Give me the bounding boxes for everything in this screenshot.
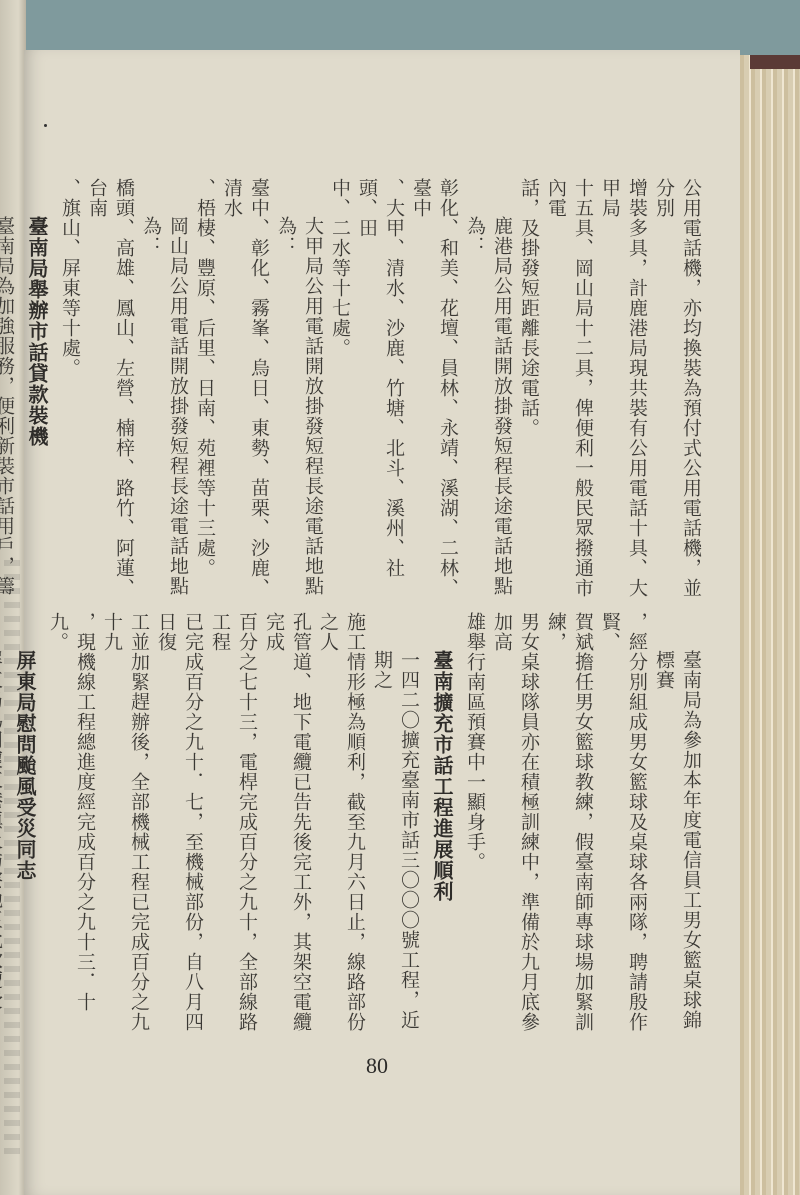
- gangshan-line: 、旗山、屏東等十處。: [56, 178, 83, 598]
- continuation-line: 十五具、岡山局十二具，俾便利一般民眾撥通市內電: [542, 178, 596, 598]
- article-line: 臺南局為參加本年度電信員工男女籃桌球錦標賽: [650, 612, 704, 1032]
- continuation-line: 話，及掛發短距離長途電話。: [515, 178, 542, 598]
- article-line: 臺南局為加強服務，便利新裝市話用戶，籌繳電: [0, 178, 17, 598]
- dajia-line: 大甲局公用電話開放掛發短程長途電話地點為：: [272, 178, 326, 598]
- bottom-half-text: 臺南局為參加本年度電信員工男女籃桌球錦標賽 ，經分別組成男女籃球及桌球各兩隊，聘…: [64, 612, 704, 1032]
- article-line: 雄舉行南區預賽中一顯身手。: [461, 612, 488, 1032]
- page-number: 80: [366, 1053, 388, 1079]
- lugang-line: 中、二水等十七處。: [326, 178, 353, 598]
- article-line: 已完成百分之九十．七，至機械部份，自八月四日復: [152, 612, 206, 1032]
- continuation-line: 公用電話機，亦均換裝為預付式公用電話機，並分別: [650, 178, 704, 598]
- background-object: [750, 55, 800, 69]
- ink-speck: [44, 124, 47, 127]
- lugang-line: 、大甲、清水、沙鹿、竹塘、北斗、溪州、社頭、田: [353, 178, 407, 598]
- dajia-line: 、梧棲、豐原、后里、日南、苑裡等十三處。: [191, 178, 218, 598]
- article-line: 男女桌球隊員亦在積極訓練中，準備於九月底參加高: [488, 612, 542, 1032]
- article-line: 屏東局為關懷東港鎮及枋寮地區此次遭受「衛歐: [0, 612, 5, 1032]
- article-line: ，現機線工程總進度經完成百分之九十三．十九。: [44, 612, 98, 1032]
- article-title: 臺南擴充市話工程進展順利: [428, 612, 455, 1032]
- article-line: 一四二〇擴充臺南市話三〇〇〇號工程，近期之: [368, 612, 422, 1032]
- lugang-line: 鹿港局公用電話開放掛發短程長途電話地點為：: [461, 178, 515, 598]
- article-line: 百分之七十三，電桿完成百分之九十，全部線路工程: [206, 612, 260, 1032]
- gangshan-line: 橋頭、高雄、鳳山、左營、楠梓、路竹、阿蓮、台南: [83, 178, 137, 598]
- article-line: 賀斌擔任男女籃球教練，假臺南師專球場加緊訓練，: [542, 612, 596, 1032]
- continuation-line: 增裝多具，計鹿港局現共裝有公用電話十具、大甲局: [596, 178, 650, 598]
- gangshan-line: 岡山局公用電話開放掛發短程長途電話地點為：: [137, 178, 191, 598]
- article-title: 臺南局舉辦市話貸款裝機: [23, 178, 50, 598]
- article-title: 屏東局慰問颱風受災同志: [11, 612, 38, 1032]
- article-line: 孔管道、地下電纜已告先後完工外，其架空電纜完成: [260, 612, 314, 1032]
- dajia-line: 臺中、彰化、霧峯、烏日、東勢、苗栗、沙鹿、清水: [218, 178, 272, 598]
- article-line: ，經分別組成男女籃球及桌球各兩隊，聘請殷作賢、: [596, 612, 650, 1032]
- article-line: 施工情形極為順利，截至九月六日止，線路部份之人: [314, 612, 368, 1032]
- top-half-text: 公用電話機，亦均換裝為預付式公用電話機，並分別 增裝多具，計鹿港局現共裝有公用電…: [64, 178, 704, 598]
- article-line: 工並加緊趕辦後，全部機械工程已完成百分之九十九: [98, 612, 152, 1032]
- lugang-line: 彰化、和美、花壇、員林、永靖、溪湖、二林、臺中: [407, 178, 461, 598]
